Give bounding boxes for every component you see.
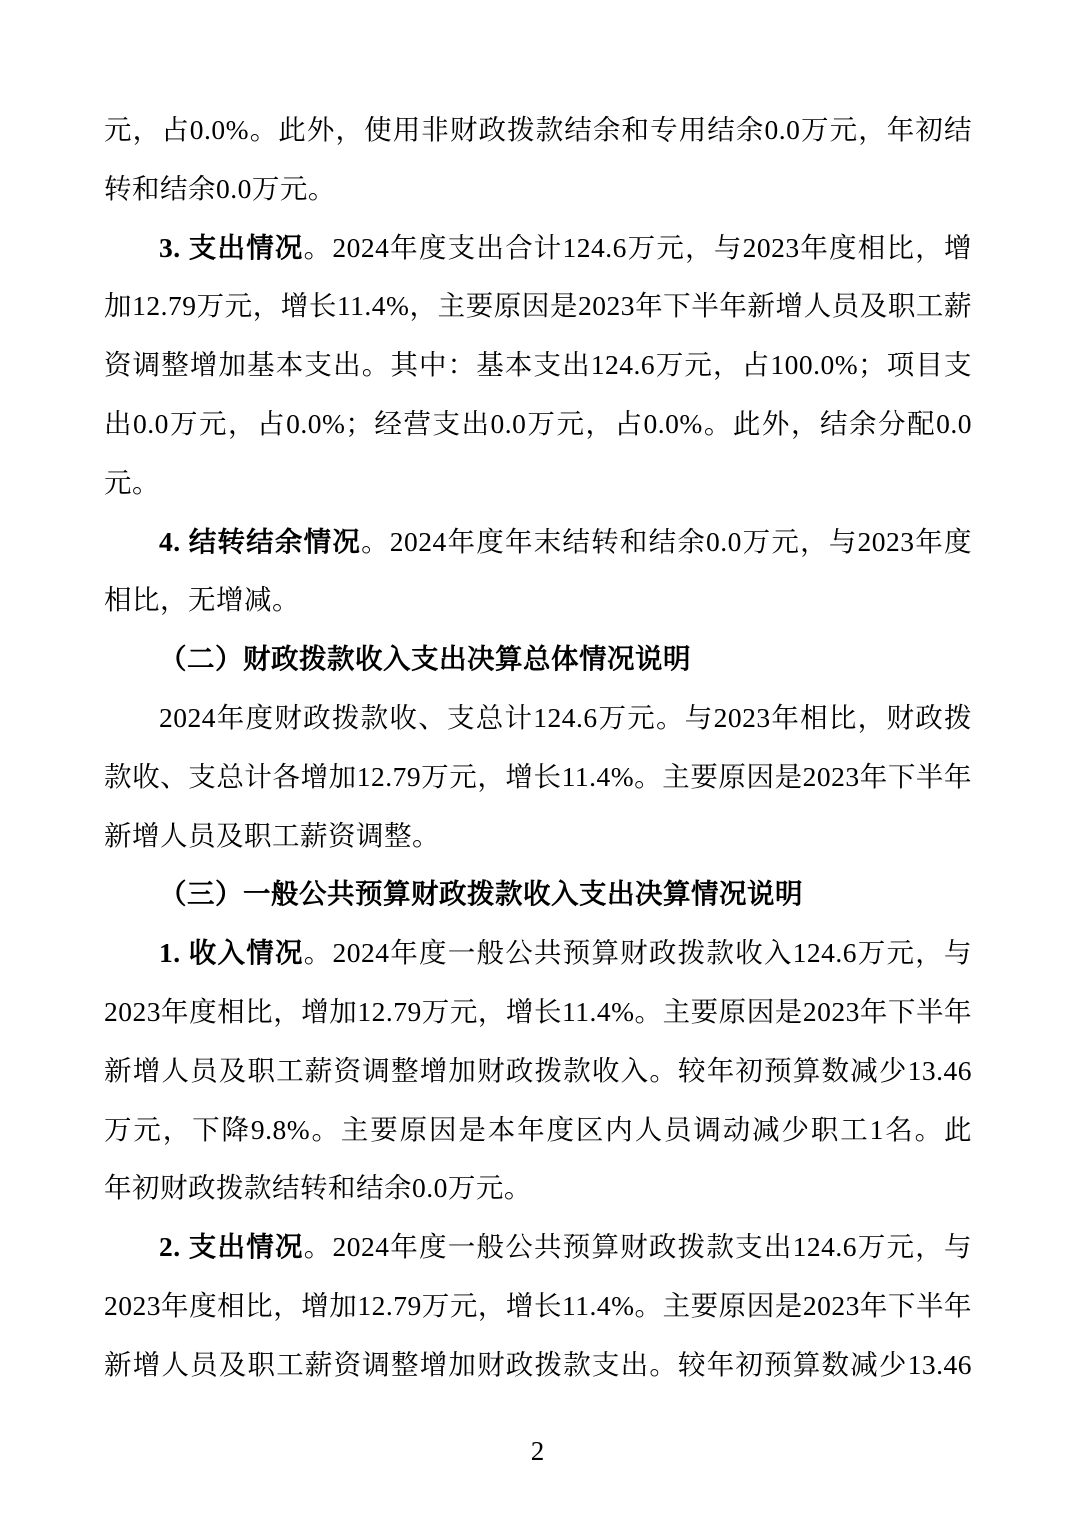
- line-text: 。2024年度支出合计124.6万元，与2023年度相比，增: [304, 232, 972, 263]
- text-line: 出0.0万元，占0.0%；经营支出0.0万元，占0.0%。此外，结余分配0.0万: [104, 395, 972, 454]
- section-heading-3: （三）一般公共预算财政拨款收入支出决算情况说明: [104, 865, 972, 924]
- paragraph-carryover-line: 4. 结转结余情况。2024年度年末结转和结余0.0万元，与2023年度: [104, 513, 972, 572]
- document-page: 元，占0.0%。此外，使用非财政拨款结余和专用结余0.0万元，年初结 转和结余0…: [0, 0, 1075, 1520]
- text-line: 资调整增加基本支出。其中：基本支出124.6万元，占100.0%；项目支: [104, 336, 972, 395]
- text-line: 元，占0.0%。此外，使用非财政拨款结余和专用结余0.0万元，年初结: [104, 101, 972, 160]
- paragraph-expenditure-line: 3. 支出情况。2024年度支出合计124.6万元，与2023年度相比，增: [104, 219, 972, 278]
- document-body: 元，占0.0%。此外，使用非财政拨款结余和专用结余0.0万元，年初结 转和结余0…: [104, 101, 972, 1395]
- line-text: 。2024年度年末结转和结余0.0万元，与2023年度: [361, 526, 972, 557]
- line-text: 元，占0.0%。此外，使用非财政拨款结余和专用结余0.0万元，年初结: [104, 114, 972, 145]
- text-line: 新增人员及职工薪资调整增加财政拨款收入。较年初预算数减少13.46: [104, 1042, 972, 1101]
- line-text: 2023年度相比，增加12.79万元，增长11.4%。主要原因是2023年下半年: [104, 996, 972, 1027]
- line-text: 新增人员及职工薪资调整。: [104, 820, 440, 851]
- text-line: 元。: [104, 454, 972, 513]
- line-text: 万元，下降9.8%。主要原因是本年度区内人员调动减少职工1名。此外，: [104, 1114, 972, 1160]
- line-text: 2023年度相比，增加12.79万元，增长11.4%。主要原因是2023年下半年: [104, 1290, 972, 1321]
- text-line: 转和结余0.0万元。: [104, 160, 972, 219]
- heading-text: （三）一般公共预算财政拨款收入支出决算情况说明: [159, 878, 803, 909]
- text-line: 2023年度相比，增加12.79万元，增长11.4%。主要原因是2023年下半年: [104, 1277, 972, 1336]
- text-line: 2023年度相比，增加12.79万元，增长11.4%。主要原因是2023年下半年: [104, 983, 972, 1042]
- paragraph-expenditure2-line: 2. 支出情况。2024年度一般公共预算财政拨款支出124.6万元，与: [104, 1218, 972, 1277]
- page-footer: 2: [0, 1436, 1075, 1466]
- line-text: 资调整增加基本支出。其中：基本支出124.6万元，占100.0%；项目支: [104, 349, 972, 380]
- paragraph-number-label: 4. 结转结余情况: [159, 526, 361, 557]
- line-text: 加12.79万元，增长11.4%，主要原因是2023年下半年新增人员及职工薪: [104, 290, 972, 321]
- line-text: 元。: [104, 467, 160, 498]
- text-line: 新增人员及职工薪资调整增加财政拨款支出。较年初预算数减少13.46: [104, 1336, 972, 1395]
- text-line: 2024年度财政拨款收、支总计124.6万元。与2023年相比，财政拨: [104, 689, 972, 748]
- heading-text: （二）财政拨款收入支出决算总体情况说明: [159, 643, 691, 674]
- section-heading-2: （二）财政拨款收入支出决算总体情况说明: [104, 630, 972, 689]
- line-text: 新增人员及职工薪资调整增加财政拨款收入。较年初预算数减少13.46: [104, 1055, 972, 1086]
- page-number: 2: [531, 1436, 545, 1466]
- line-text: 年初财政拨款结转和结余0.0万元。: [104, 1172, 532, 1203]
- line-text: 。2024年度一般公共预算财政拨款收入124.6万元，与: [304, 937, 972, 968]
- text-line: 款收、支总计各增加12.79万元，增长11.4%。主要原因是2023年下半年: [104, 748, 972, 807]
- line-text: 。2024年度一般公共预算财政拨款支出124.6万元，与: [304, 1231, 972, 1262]
- paragraph-number-label: 1. 收入情况: [159, 937, 304, 968]
- text-line: 年初财政拨款结转和结余0.0万元。: [104, 1159, 972, 1218]
- line-text: 相比，无增减。: [104, 584, 300, 615]
- text-line: 万元，下降9.8%。主要原因是本年度区内人员调动减少职工1名。此外，: [104, 1101, 972, 1160]
- line-text: 款收、支总计各增加12.79万元，增长11.4%。主要原因是2023年下半年: [104, 761, 972, 792]
- text-line: 相比，无增减。: [104, 571, 972, 630]
- text-line: 新增人员及职工薪资调整。: [104, 807, 972, 866]
- line-text: 出0.0万元，占0.0%；经营支出0.0万元，占0.0%。此外，结余分配0.0万: [104, 408, 972, 454]
- text-line: 加12.79万元，增长11.4%，主要原因是2023年下半年新增人员及职工薪: [104, 277, 972, 336]
- line-text: 新增人员及职工薪资调整增加财政拨款支出。较年初预算数减少13.46: [104, 1349, 972, 1380]
- line-text: 转和结余0.0万元。: [104, 173, 336, 204]
- paragraph-income-line: 1. 收入情况。2024年度一般公共预算财政拨款收入124.6万元，与: [104, 924, 972, 983]
- paragraph-number-label: 2. 支出情况: [159, 1231, 304, 1262]
- line-text: 2024年度财政拨款收、支总计124.6万元。与2023年相比，财政拨: [159, 702, 972, 733]
- paragraph-number-label: 3. 支出情况: [159, 232, 304, 263]
